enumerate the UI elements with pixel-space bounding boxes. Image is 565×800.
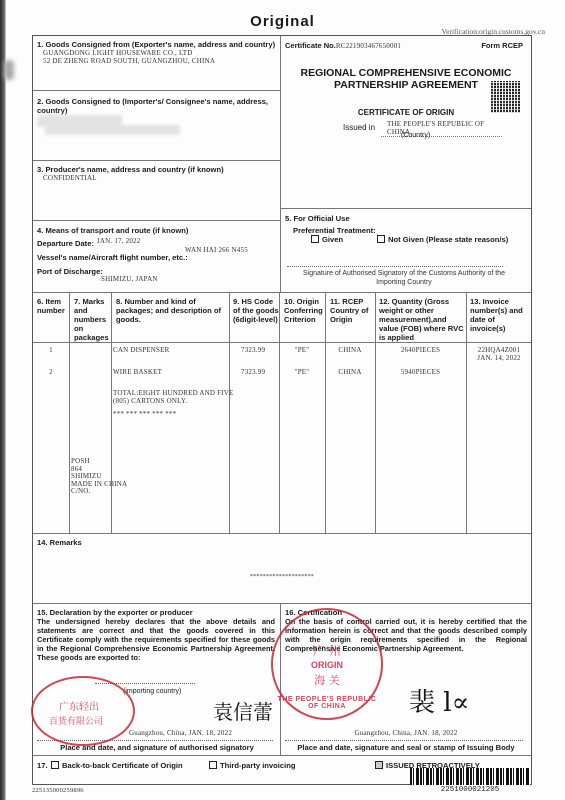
- col-divider: [375, 293, 376, 533]
- box-2-consignee: 2. Goods Consigned to (Importer's/ Consi…: [33, 91, 281, 161]
- barcode-number: 2251000021205: [410, 786, 530, 794]
- table-header-divider: [33, 342, 531, 343]
- country-caption: (Country): [401, 132, 430, 139]
- third-party-option[interactable]: Third-party invoicing: [209, 761, 296, 770]
- agreement-line-1: REGIONAL COMPREHENSIVE ECONOMIC: [281, 67, 531, 79]
- col-divider: [229, 293, 230, 533]
- header-marks: 7. Marks and numbers on packages: [74, 297, 110, 342]
- box-3-label: 3. Producer's name, address and country …: [37, 165, 224, 174]
- end-marker: *** *** *** *** ***: [113, 410, 176, 418]
- scan-edge: [0, 0, 6, 800]
- box-4-transport: 4. Means of transport and route (if know…: [33, 221, 281, 293]
- box-2-label: 2. Goods Consigned to (Importer's/ Consi…: [37, 97, 272, 115]
- invoice-date: JAN. 14, 2022: [466, 354, 532, 362]
- box-14-remarks: 14. Remarks ********************: [33, 533, 531, 603]
- issued-in: Issued in: [343, 123, 375, 132]
- back-to-back-option[interactable]: Back-to-back Certificate of Origin: [51, 761, 183, 770]
- producer-value: CONFIDENTIAL: [43, 174, 97, 182]
- issued-in-label: Issued in: [343, 123, 375, 132]
- customs-stamp: 广 州 ORIGIN 海 关 THE PEOPLE'S REPUBLIC OF …: [271, 608, 383, 720]
- hs-code: 7323.99: [241, 368, 265, 376]
- certification-place-date: Guangzhou, China, JAN. 18, 2022: [281, 729, 531, 737]
- stamp-line-3: 海 关: [273, 672, 381, 688]
- given-option[interactable]: Given: [311, 235, 343, 244]
- vessel-value: WAN HAI 266 N455: [185, 246, 248, 254]
- declaration-text: The undersigned hereby declares that the…: [37, 617, 275, 662]
- left-serial: 2251350002598​96: [32, 787, 84, 794]
- certification-signature-line: [285, 740, 523, 741]
- remarks-value: ********************: [33, 574, 531, 580]
- declaration-place-date: Guangzhou, China, JAN. 18, 2022: [129, 729, 232, 737]
- stamp-line-1: 广 州: [273, 642, 381, 659]
- retroactive-checkbox[interactable]: [375, 761, 383, 769]
- back-to-back-label: Back-to-back Certificate of Origin: [62, 761, 183, 770]
- invoice-number: 22HQA4Z001: [466, 346, 532, 354]
- header-description: 8. Number and kind of packages; and desc…: [116, 297, 226, 324]
- box-15-label: 15. Declaration by the exporter or produ…: [37, 608, 193, 617]
- customs-signature-caption: Signature of Authorised Signatory of the…: [293, 270, 515, 287]
- importing-country-caption: (importing country): [123, 688, 181, 695]
- given-label: Given: [322, 235, 343, 244]
- signature-line: [287, 266, 503, 267]
- col-divider: [279, 293, 280, 533]
- total-line-2: (805) CARTONS ONLY.: [113, 397, 233, 405]
- exporter-address: 52 DE ZHENG ROAD SOUTH, GUANGZHOU, CHINA: [43, 57, 215, 65]
- scan-artifact: [4, 60, 14, 80]
- exporter-name: GUANGDONG LIGHT HOUSEWARE CO., LTD: [43, 49, 193, 57]
- goods-description: CAN DISPENSER: [113, 346, 169, 354]
- box-4-label: 4. Means of transport and route (if know…: [37, 226, 188, 235]
- box-14-label: 14. Remarks: [37, 538, 82, 547]
- box-1-exporter: 1. Goods Consigned from (Exporter's name…: [33, 36, 281, 91]
- form-name: Form RCEP: [481, 41, 523, 50]
- exporter-signature: 袁信蕾: [213, 696, 273, 725]
- back-to-back-checkbox[interactable]: [51, 761, 59, 769]
- goods-table: 6. Item number 7. Marks and numbers on p…: [33, 293, 531, 533]
- header-invoice: 13. Invoice number(s) and date of invoic…: [470, 297, 532, 333]
- stamp-inner-1: 广东轻出: [59, 698, 99, 713]
- box-1-label: 1. Goods Consigned from (Exporter's name…: [37, 40, 275, 49]
- mark-line: C/NO.: [71, 488, 127, 496]
- departure-label: Departure Date:: [37, 239, 94, 248]
- box-15-declaration: 15. Declaration by the exporter or produ…: [33, 603, 281, 755]
- third-party-label: Third-party invoicing: [220, 761, 296, 770]
- box-17-label: 17.: [37, 761, 48, 770]
- redacted-consignee-address: [45, 125, 180, 135]
- third-party-checkbox[interactable]: [209, 761, 217, 769]
- col-divider: [111, 293, 112, 533]
- certificate-form: 1. Goods Consigned from (Exporter's name…: [32, 35, 532, 785]
- certificate-no-label: Certificate No.: [285, 41, 336, 50]
- stamp-inner-2: 百货有限公司: [49, 714, 103, 727]
- port-label: Port of Discharge:: [37, 267, 103, 276]
- origin-criterion: "PE": [279, 346, 325, 354]
- col-divider: [325, 293, 326, 533]
- certificate-no: Certificate No.RC221903467650001: [285, 41, 401, 50]
- total-line-1: TOTAL:EIGHT HUNDRED AND FIVE: [113, 389, 233, 397]
- quantity: 5940PIECES: [375, 368, 466, 376]
- item-number: 2: [33, 368, 69, 376]
- header-quantity: 12. Quantity (Gross weight or other meas…: [379, 297, 467, 342]
- quantity: 2640PIECES: [375, 346, 466, 354]
- preferential-label: Preferential Treatment:: [293, 226, 376, 235]
- box-16-certification: 16. Certification On the basis of contro…: [281, 603, 531, 755]
- port-value: SHIMIZU, JAPAN: [101, 275, 158, 283]
- header-item-number: 6. Item number: [37, 297, 67, 315]
- item-number: 1: [33, 346, 69, 354]
- stamp-ring-text: THE PEOPLE'S REPUBLIC OF CHINA: [273, 696, 381, 710]
- country-of-origin: CHINA: [325, 368, 375, 376]
- not-given-label: Not Given (Please state reason/s): [388, 235, 508, 244]
- header-hs-code: 9. HS Code of the goods (6digit-level): [233, 297, 279, 324]
- given-checkbox[interactable]: [311, 235, 319, 243]
- box-3-producer: 3. Producer's name, address and country …: [33, 161, 281, 221]
- country-of-origin: CHINA: [325, 346, 375, 354]
- certificate-of-origin-title: CERTIFICATE OF ORIGIN: [281, 108, 531, 117]
- header-origin-criterion: 10. Origin Conferring Criterion: [284, 297, 324, 324]
- barcode-icon: [410, 768, 530, 785]
- exporter-stamp: 广东轻出 百货有限公司: [31, 676, 135, 746]
- col-divider: [69, 293, 70, 533]
- customs-signature: 裴 l∝: [409, 682, 469, 719]
- vessel-label: Vessel's name/Aircraft flight number, et…: [37, 253, 188, 262]
- total-packages: TOTAL:EIGHT HUNDRED AND FIVE (805) CARTO…: [113, 389, 233, 405]
- origin-criterion: "PE": [279, 368, 325, 376]
- hs-code: 7323.99: [241, 346, 265, 354]
- box-5-official-use: 5. For Official Use Preferential Treatme…: [281, 209, 531, 293]
- certificate-no-value: RC221903467650001: [336, 42, 401, 50]
- stamp-line-2: ORIGIN: [273, 660, 381, 670]
- shipping-marks: POSH 864 SHIMIZU MADE IN CHINA C/NO.: [71, 458, 127, 496]
- certification-caption: Place and date, signature and seal or st…: [281, 743, 531, 752]
- invoice: 22HQA4Z001 JAN. 14, 2022: [466, 346, 532, 362]
- certificate-header: Certificate No.RC221903467650001 Form RC…: [281, 36, 531, 209]
- not-given-option[interactable]: Not Given (Please state reason/s): [377, 235, 508, 244]
- header-country-of-origin: 11. RCEP Country of Origin: [330, 297, 374, 324]
- box-5-label: 5. For Official Use: [285, 214, 350, 223]
- goods-description: WIRE BASKET: [113, 368, 162, 376]
- departure-value: JAN. 17, 2022: [97, 237, 140, 245]
- issued-in-value: THE PEOPLE'S REPUBLIC OF CHINA: [381, 120, 502, 137]
- not-given-checkbox[interactable]: [377, 235, 385, 243]
